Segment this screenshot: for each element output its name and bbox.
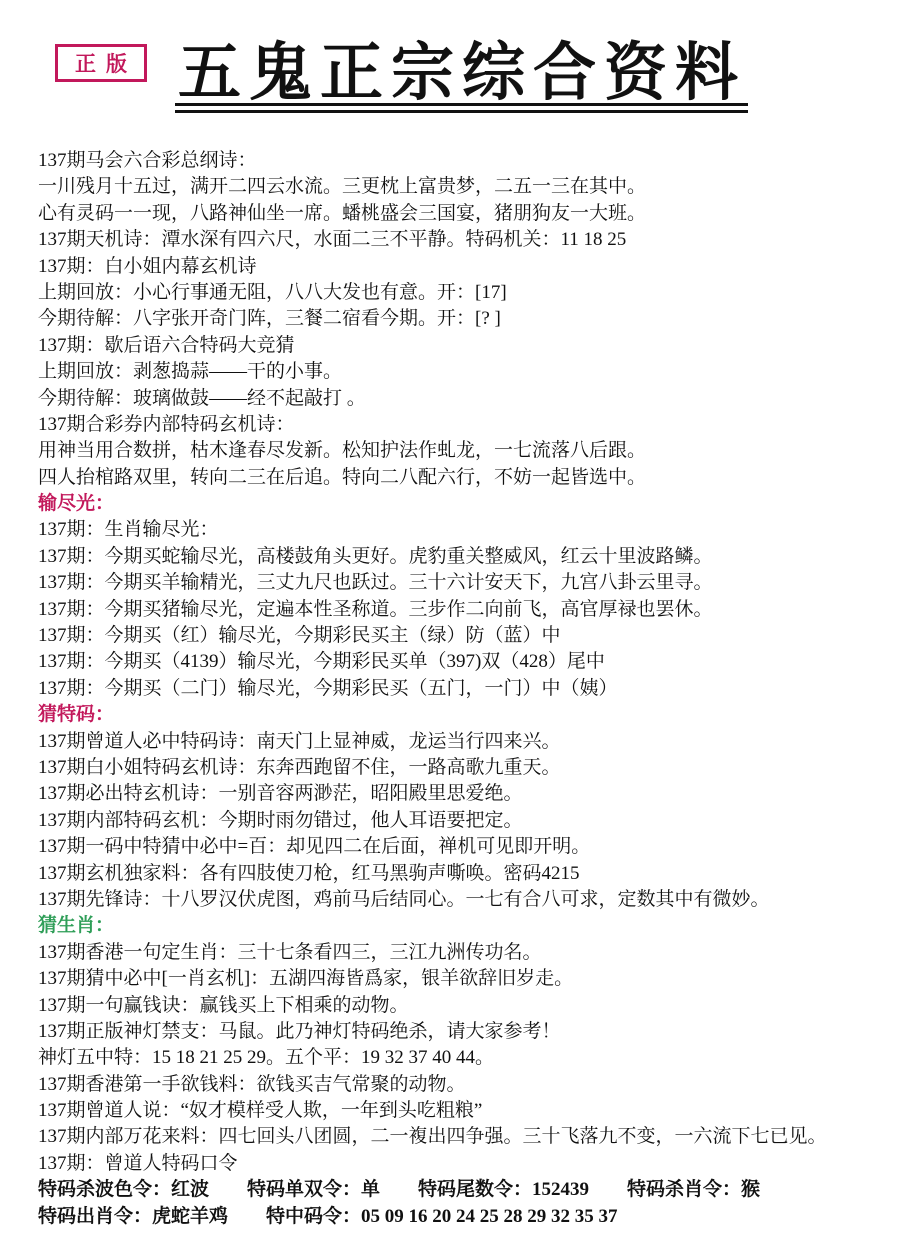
- text-line: 137期：今期买（二门）输尽光，今期彩民买（五门，一门）中（姨）: [38, 676, 898, 702]
- text-line: 137期：生肖输尽光：: [38, 517, 898, 543]
- text-line: 137期曾道人必中特码诗：南天门上显神威，龙运当行四来兴。: [38, 729, 898, 755]
- text-line: 用神当用合数拼，枯木逢春尽发新。松知护法作虬龙，一七流落八后跟。: [38, 438, 898, 464]
- text-line: 137期正版神灯禁支：马鼠。此乃神灯特码绝杀，请大家参考！: [38, 1019, 898, 1045]
- text-line: 137期必出特玄机诗：一别音容两渺茫，昭阳殿里思爱绝。: [38, 781, 898, 807]
- text-line: 神灯五中特：15 18 21 25 29。五个平：19 32 37 40 44。: [38, 1045, 898, 1071]
- text-line: 今期待解：玻璃做鼓——经不起敲打 。: [38, 386, 898, 412]
- text-line: 今期待解：八字张开奇门阵，三餐二宿看今期。开：[? ]: [38, 306, 898, 332]
- text-line: 137期：今期买猪输尽光，定遍本性圣称道。三步作二向前飞，高官厚禄也罢休。: [38, 597, 898, 623]
- section-heading: 猜生肖：: [38, 913, 898, 939]
- text-line: 137期先锋诗：十八罗汉伏虎图，鸡前马后结同心。一七有合八可求，定数其中有微妙。: [38, 887, 898, 913]
- content-lines: 137期马会六合彩总纲诗：一川残月十五过，满开二四云水流。三更枕上富贵梦，二五一…: [38, 148, 898, 1230]
- text-line: 137期：曾道人特码口令: [38, 1151, 898, 1177]
- text-line: 上期回放：小心行事通无阻，八八大发也有意。开：[17]: [38, 280, 898, 306]
- text-line: 137期曾道人说：“奴才模样受人欺，一年到头吃粗粮”: [38, 1098, 898, 1124]
- text-line: 137期猜中必中[一肖玄机]：五湖四海皆爲家，银羊欲辞旧岁走。: [38, 966, 898, 992]
- text-line: 137期：今期买羊输精光，三丈九尺也跃过。三十六计安天下，九宫八卦云里寻。: [38, 570, 898, 596]
- text-line: 137期玄机独家料：各有四肢使刀枪，红马黑驹声嘶唤。密码4215: [38, 861, 898, 887]
- section-heading: 猜特码：: [38, 702, 898, 728]
- text-line: 137期香港第一手欲钱料：欲钱买吉气常聚的动物。: [38, 1072, 898, 1098]
- text-line: 137期：今期买（红）输尽光，今期彩民买主（绿）防（蓝）中: [38, 623, 898, 649]
- text-line: 137期合彩券内部特码玄机诗：: [38, 412, 898, 438]
- text-line: 特码杀波色令：红波 特码单双令：单 特码尾数令：152439 特码杀肖令：猴: [38, 1177, 898, 1203]
- text-line: 四人抬棺路双里，转向二三在后追。特向二八配六行，不妨一起皆选中。: [38, 465, 898, 491]
- text-line: 137期一句赢钱诀：赢钱买上下相乘的动物。: [38, 993, 898, 1019]
- text-line: 上期回放：剥葱捣蒜——干的小事。: [38, 359, 898, 385]
- section-heading: 输尽光：: [38, 491, 898, 517]
- text-line: 特码出肖令：虎蛇羊鸡 特中码令：05 09 16 20 24 25 28 29 …: [38, 1204, 898, 1230]
- text-line: 137期：歇后语六合特码大竞猜: [38, 333, 898, 359]
- text-line: 心有灵码一一现，八路神仙坐一席。蟠桃盛会三国宴，猪朋狗友一大班。: [38, 201, 898, 227]
- page: 正版 五鬼正宗综合资料 137期马会六合彩总纲诗：一川残月十五过，满开二四云水流…: [0, 0, 900, 1246]
- text-line: 137期香港一句定生肖：三十七条看四三，三江九洲传功名。: [38, 940, 898, 966]
- text-line: 一川残月十五过，满开二四云水流。三更枕上富贵梦，二五一三在其中。: [38, 174, 898, 200]
- title-underline: [175, 103, 748, 113]
- text-line: 137期白小姐特码玄机诗：东奔西跑留不住，一路高歌九重天。: [38, 755, 898, 781]
- text-line: 137期内部万花来料：四七回头八团圆，二一複出四争强。三十飞落九不变，一六流下七…: [38, 1124, 898, 1150]
- text-line: 137期：今期买蛇输尽光，高楼鼓角头更好。虎豹重关整威风，红云十里波路鳞。: [38, 544, 898, 570]
- text-line: 137期马会六合彩总纲诗：: [38, 148, 898, 174]
- text-line: 137期：白小姐内幕玄机诗: [38, 254, 898, 280]
- authentic-badge: 正版: [55, 44, 147, 82]
- text-line: 137期内部特码玄机：今期时雨勿错过，他人耳语要把定。: [38, 808, 898, 834]
- text-line: 137期一码中特猜中必中=百：却见四二在后面，禅机可见即开明。: [38, 834, 898, 860]
- text-line: 137期天机诗：潭水深有四六尺，水面二三不平静。特码机关：11 18 25: [38, 227, 898, 253]
- page-title: 五鬼正宗综合资料: [178, 22, 746, 113]
- text-line: 137期：今期买（4139）输尽光，今期彩民买单（397)双（428）尾中: [38, 649, 898, 675]
